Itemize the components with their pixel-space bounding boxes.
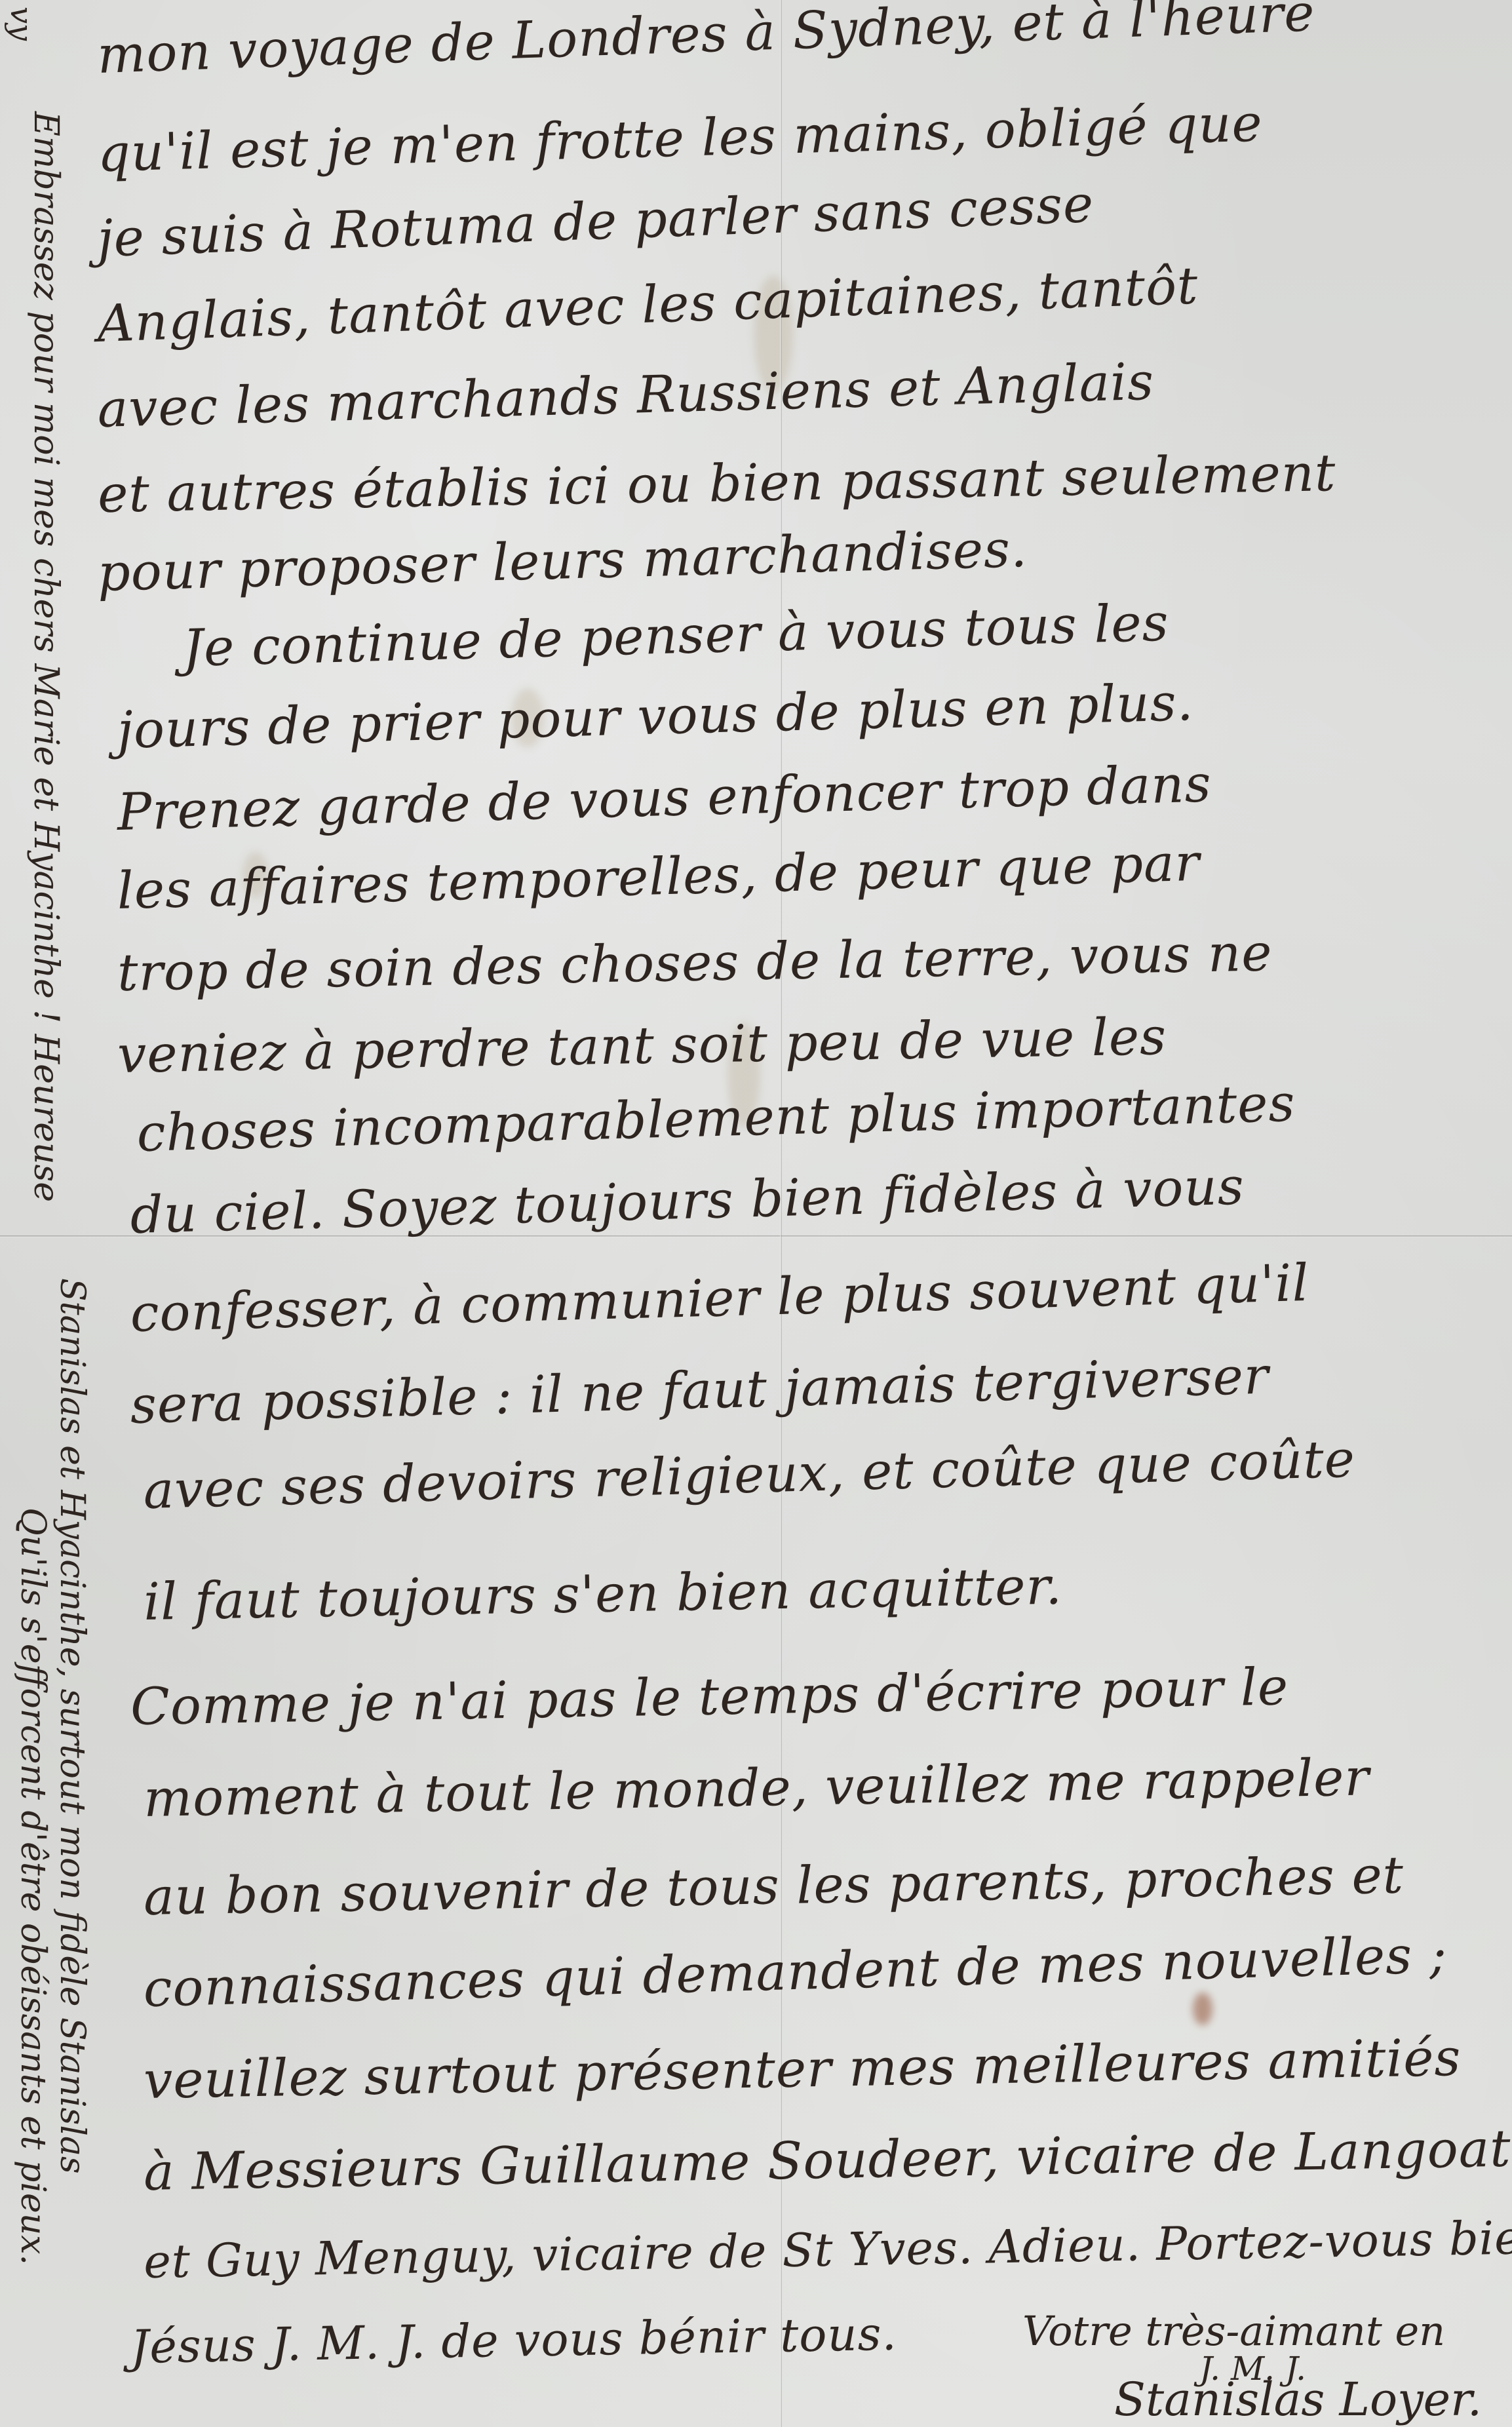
letter-line: veniez à perdre tant soit peu de vue les <box>117 1007 1167 1085</box>
letter-line: sera possible : il ne faut jamais tergiv… <box>130 1347 1270 1435</box>
letter-line: et Guy Menguy, vicaire de St Yves. Adieu… <box>144 2210 1512 2289</box>
letter-line: choses incomparablement plus importantes <box>136 1074 1296 1163</box>
ink-spot <box>1193 1992 1212 2025</box>
margin-note: Qu'ils s'efforcent d'être obéissants et … <box>13 1507 52 2265</box>
letter-line: Comme je n'ai pas le temps d'écrire pour… <box>130 1658 1289 1737</box>
margin-note: Stanislas et Hyacinthe, surtout mon fidè… <box>52 1278 92 2174</box>
letter-line: qu'il est je m'en frotte les mains, obli… <box>97 94 1264 184</box>
letter-line: les affaires temporelles, de peur que pa… <box>117 834 1201 921</box>
margin-note: Embrassez pour moi mes chers Marie et Hy… <box>26 111 66 1202</box>
letter-line: au bon souvenir de tous les parents, pro… <box>143 1846 1404 1927</box>
letter-line: je suis à Rotuma de parler sans cesse <box>96 175 1095 269</box>
letter-line: avec les marchands Russiens et Anglais <box>97 353 1155 439</box>
letter-line: pour proposer leurs marchandises. <box>97 520 1028 603</box>
margin-fragment: vy <box>4 7 39 41</box>
letter-line: confesser, à communier le plus souvent q… <box>130 1254 1310 1344</box>
letter-line: et autres établis ici ou bien passant se… <box>97 444 1336 524</box>
letter-line: il faut toujours s'en bien acquitter. <box>143 1557 1062 1632</box>
letter-line: connaissances qui demandent de mes nouve… <box>143 1926 1448 2019</box>
letter-line: Anglais, tantôt avec les capitaines, tan… <box>96 256 1199 354</box>
letter-line: moment à tout le monde, veuillez me rapp… <box>143 1748 1370 1829</box>
letter-line: trop de soin des choses de la terre, vou… <box>117 923 1273 1003</box>
letter-line: Je continue de penser à vous tous les <box>182 594 1170 678</box>
letter-line: veuillez surtout présenter mes meilleure… <box>143 2029 1462 2110</box>
valediction: Votre très-aimant en <box>1022 2307 1445 2355</box>
letter-line: avec ses devoirs religieux, et coûte que… <box>143 1430 1356 1521</box>
signature: Stanislas Loyer. <box>1114 2373 1482 2426</box>
letter-line: à Messieurs Guillaume Soudeer, vicaire d… <box>143 2119 1512 2202</box>
letter-line: jours de prier pour vous de plus en plus… <box>117 673 1195 760</box>
letter-line: Prenez garde de vous enfoncer trop dans <box>117 754 1212 842</box>
letter-page: mon voyage de Londres à Sydney, et à l'h… <box>0 0 1512 2427</box>
letter-line: mon voyage de Londres à Sydney, et à l'h… <box>96 0 1316 85</box>
letter-line: du ciel. Soyez toujours bien fidèles à v… <box>130 1157 1245 1245</box>
letter-line: Jésus J. M. J. de vous bénir tous. <box>130 2307 898 2374</box>
